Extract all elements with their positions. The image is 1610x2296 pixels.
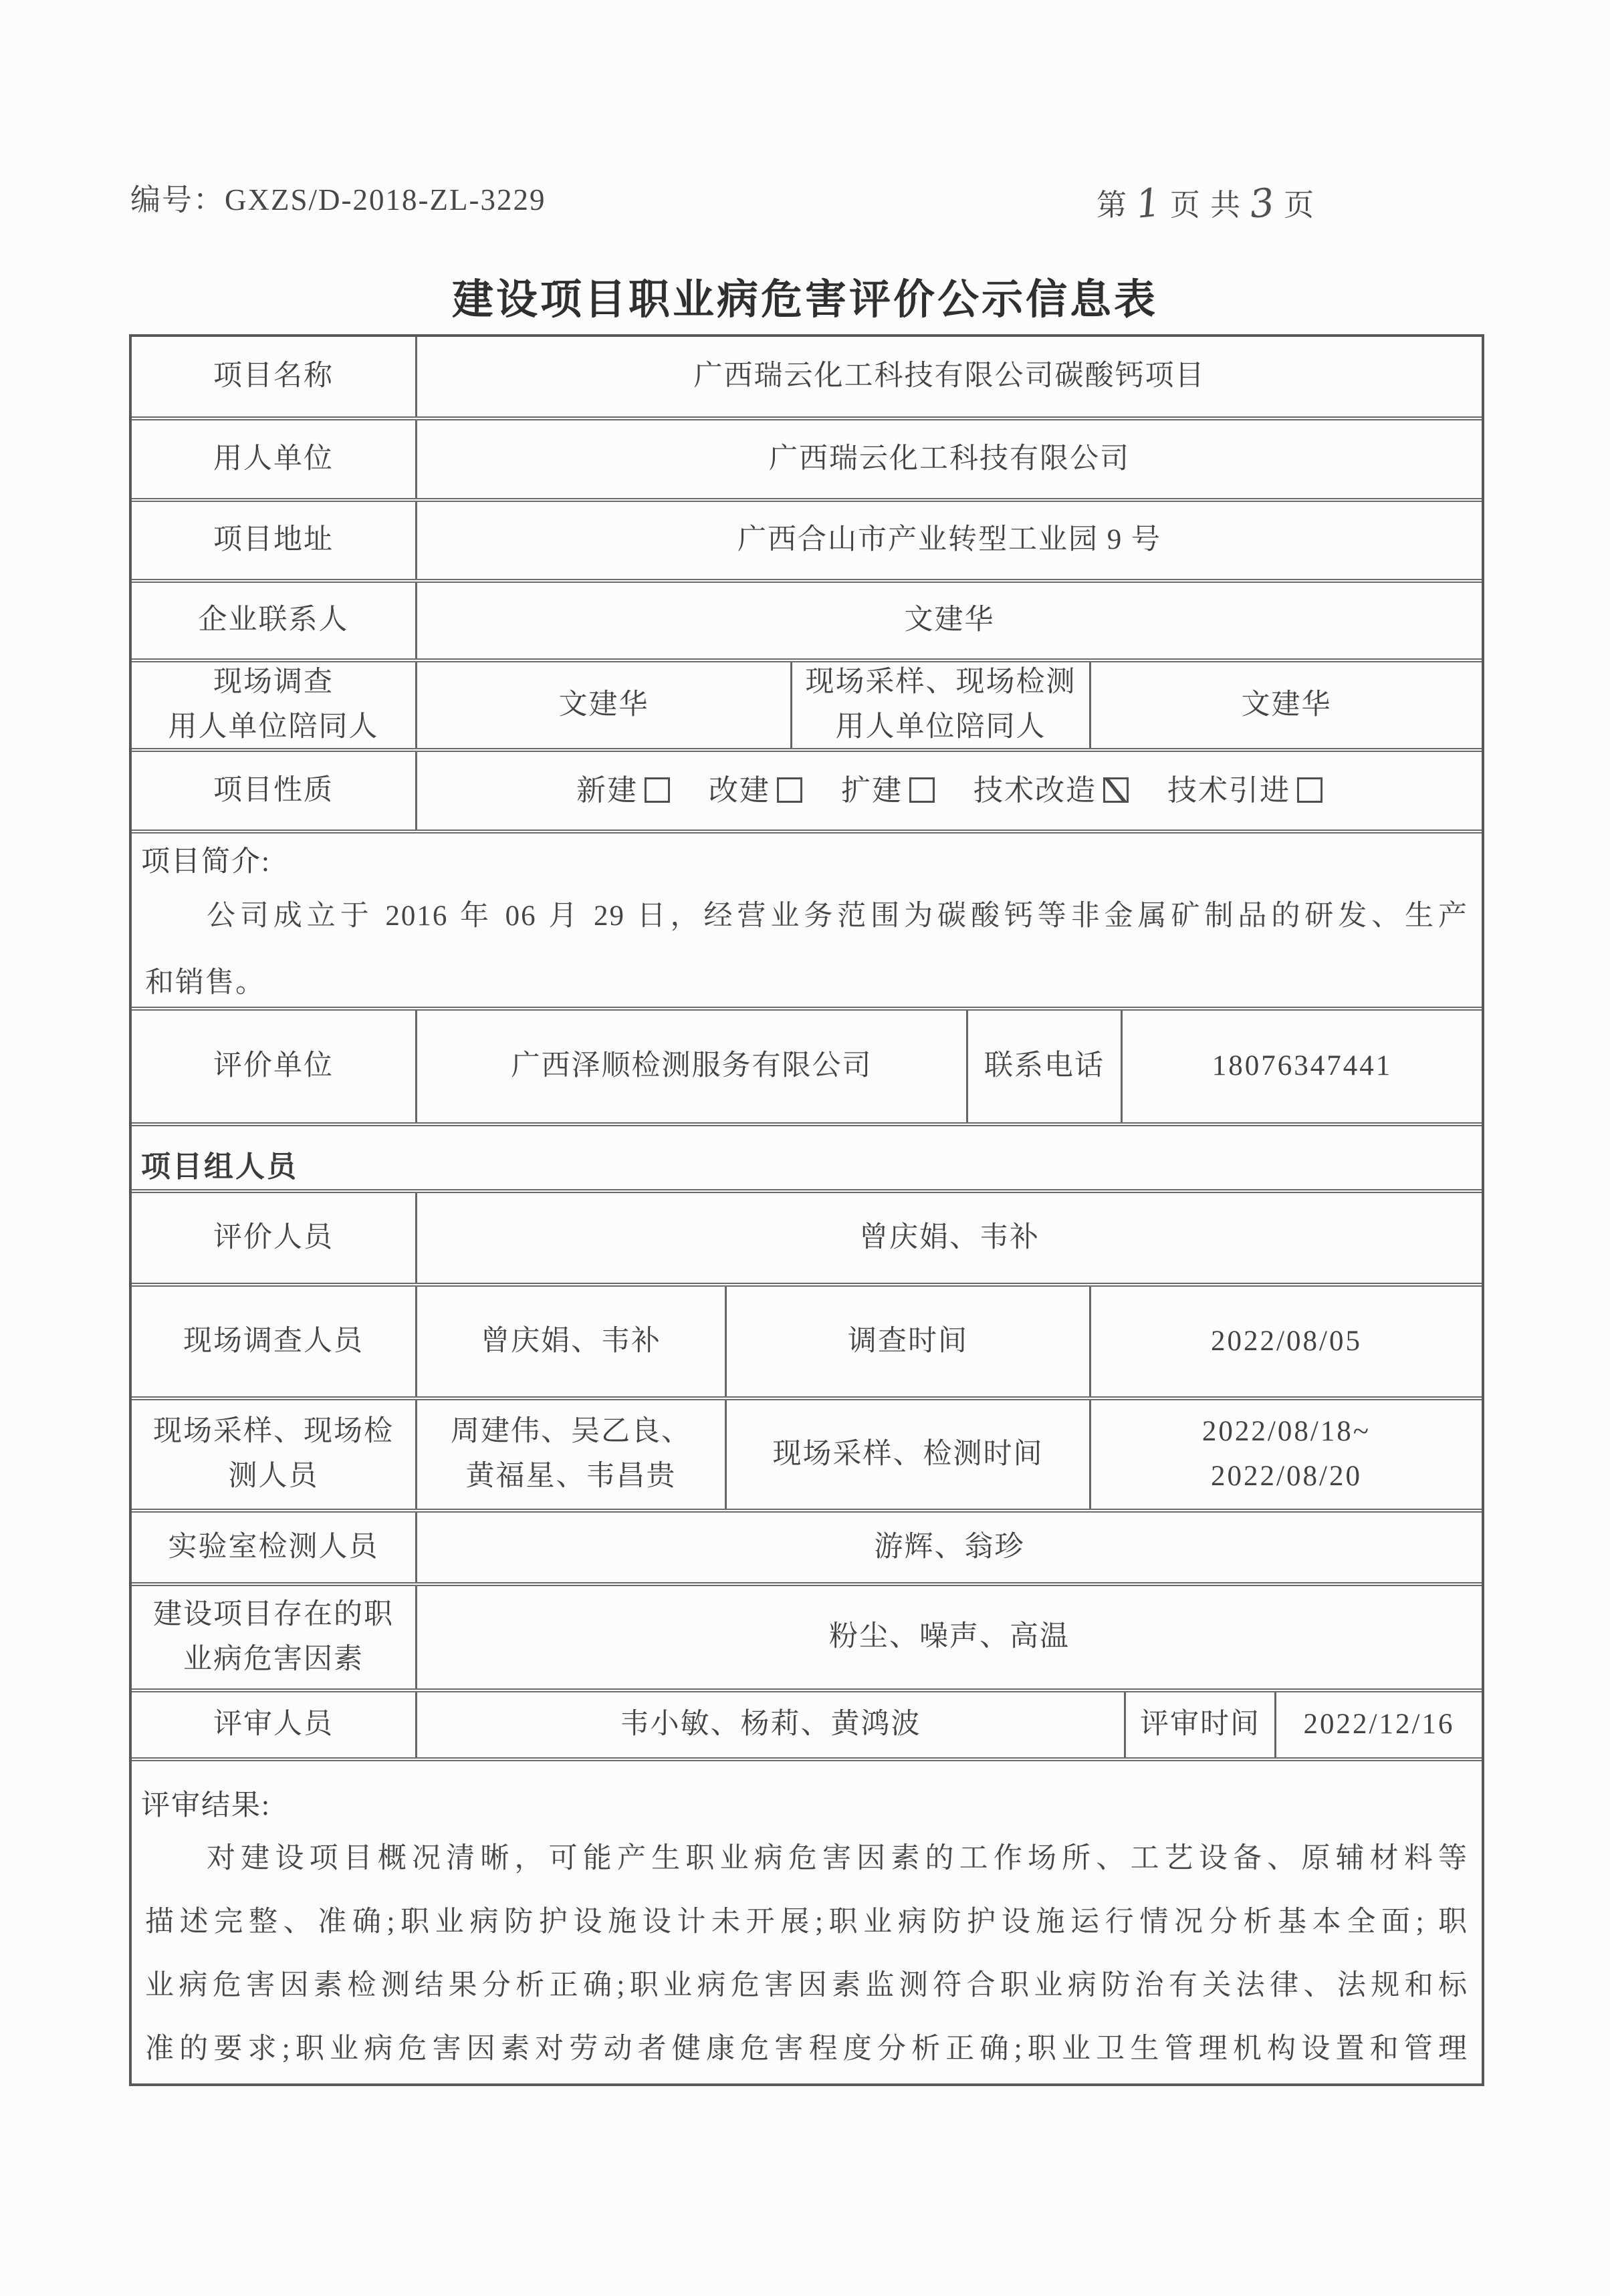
table-row-review-result: 评审结果: 对建设项目概况清晰，可能产生职业病危害因素的工作场所、工艺设备、原辅… — [132, 1757, 1482, 2083]
table-row-evaluators: 评价人员 曾庆娟、韦补 — [132, 1189, 1482, 1283]
table-row-escorts: 现场调查 用人单位陪同人 文建华 现场采样、现场检测 用人单位陪同人 文建华 — [132, 658, 1482, 748]
evaluators-label: 评价人员 — [132, 1193, 415, 1283]
info-table: 项目名称 广西瑞云化工科技有限公司碳酸钙项目 用人单位 广西瑞云化工科技有限公司… — [129, 334, 1484, 2086]
review-time-value: 2022/12/16 — [1274, 1692, 1482, 1757]
project-nature-options: 新建 改建 扩建 技术改造 技术引进 — [415, 752, 1482, 830]
project-name-label: 项目名称 — [132, 337, 415, 416]
company-contact-value: 文建华 — [415, 583, 1482, 658]
project-address-value: 广西合山市产业转型工业园 9 号 — [415, 502, 1482, 579]
reviewers-label: 评审人员 — [132, 1692, 415, 1757]
review-result-line4: 准的要求;职业病危害因素对劳动者健康危害程度分析正确;职业卫生管理机构设置和管理 — [141, 2017, 1472, 2081]
option-new-label: 新建 — [576, 774, 638, 807]
table-row-project-address: 项目地址 广西合山市产业转型工业园 9 号 — [132, 498, 1482, 579]
checkbox-expansion-unchecked — [909, 777, 935, 803]
survey-time-value: 2022/08/05 — [1089, 1287, 1482, 1396]
checkbox-tech-upgrade-checked — [1103, 777, 1129, 803]
lab-value: 游辉、翁珍 — [415, 1513, 1482, 1582]
sampling-label-line2: 测人员 — [229, 1454, 319, 1499]
checkbox-new-unchecked — [645, 777, 670, 803]
employer-value: 广西瑞云化工科技有限公司 — [415, 420, 1482, 498]
review-time-label: 评审时间 — [1124, 1692, 1274, 1757]
hazards-label-line1: 建设项目存在的职 — [153, 1593, 394, 1638]
option-reconstruction-label: 改建 — [709, 774, 770, 807]
sampling-personnel-line2: 黄福星、韦昌贵 — [466, 1454, 677, 1499]
checkbox-tech-import-unchecked — [1297, 777, 1322, 803]
sampling-time-line1: 2022/08/18~ — [1202, 1410, 1371, 1454]
sampling-escort-value: 文建华 — [1089, 662, 1482, 748]
review-result-line1: 对建设项目概况清晰，可能产生职业病危害因素的工作场所、工艺设备、原辅材料等 — [141, 1827, 1472, 1890]
page-prefix: 第 — [1097, 188, 1128, 222]
evaluation-org-value: 广西泽顺检测服务有限公司 — [415, 1011, 966, 1122]
project-nature-label: 项目性质 — [132, 752, 415, 830]
evaluation-org-label: 评价单位 — [132, 1011, 415, 1122]
table-row-team-header: 项目组人员 — [132, 1122, 1482, 1189]
scanned-form-page: 编号：GXZS/D-2018-ZL-3229 第1页 共3页 建设项目职业病危害… — [0, 0, 1610, 2296]
option-tech-import: 技术引进 — [1167, 769, 1322, 813]
sampling-label-line1: 现场采样、现场检 — [153, 1410, 394, 1454]
page-indicator: 第1页 共3页 — [1097, 179, 1315, 225]
hazards-label: 建设项目存在的职 业病危害因素 — [132, 1586, 415, 1688]
page-middle: 页 共 — [1170, 188, 1242, 222]
project-intro-label: 项目简介: — [141, 842, 1472, 883]
option-tech-upgrade-label: 技术改造 — [973, 774, 1097, 807]
option-tech-import-label: 技术引进 — [1167, 774, 1290, 807]
phone-value: 18076347441 — [1121, 1011, 1482, 1122]
table-row-sampling: 现场采样、现场检 测人员 周建伟、吴乙良、 黄福星、韦昌贵 现场采样、检测时间 … — [132, 1396, 1482, 1509]
phone-label: 联系电话 — [966, 1011, 1121, 1122]
page-title: 建设项目职业病危害评价公示信息表 — [0, 266, 1610, 326]
sampling-time-value: 2022/08/18~ 2022/08/20 — [1089, 1400, 1482, 1509]
project-intro-line1: 公司成立于 2016 年 06 月 29 日，经营业务范围为碳酸钙等非金属矿制品… — [141, 883, 1472, 950]
option-reconstruction: 改建 — [709, 769, 802, 813]
hazards-label-line2: 业病危害因素 — [183, 1638, 364, 1682]
sampling-label: 现场采样、现场检 测人员 — [132, 1400, 415, 1509]
option-expansion-label: 扩建 — [841, 774, 903, 807]
review-result-label: 评审结果: — [141, 1785, 1472, 1827]
page-suffix: 页 — [1284, 188, 1315, 222]
sampling-escort-label-line1: 现场采样、现场检测 — [806, 660, 1076, 705]
evaluators-value: 曾庆娟、韦补 — [415, 1193, 1482, 1283]
table-row-lab: 实验室检测人员 游辉、翁珍 — [132, 1509, 1482, 1582]
sampling-personnel-value: 周建伟、吴乙良、 黄福星、韦昌贵 — [415, 1400, 725, 1509]
survey-time-label: 调查时间 — [725, 1287, 1089, 1396]
escort-label-line2: 用人单位陪同人 — [168, 705, 379, 750]
site-survey-label: 现场调查人员 — [132, 1287, 415, 1396]
employer-label: 用人单位 — [132, 420, 415, 498]
table-row-reviewers: 评审人员 韦小敏、杨莉、黄鸿波 评审时间 2022/12/16 — [132, 1688, 1482, 1757]
option-new-construction: 新建 — [576, 769, 670, 813]
table-row-employer: 用人单位 广西瑞云化工科技有限公司 — [132, 416, 1482, 498]
site-survey-escort-value: 文建华 — [415, 662, 790, 748]
table-row-site-survey: 现场调查人员 曾庆娟、韦补 调查时间 2022/08/05 — [132, 1283, 1482, 1396]
total-pages-handwritten: 3 — [1248, 179, 1278, 227]
team-header-label: 项目组人员 — [132, 1126, 1482, 1189]
lab-label: 实验室检测人员 — [132, 1513, 415, 1582]
doc-number: 编号：GXZS/D-2018-ZL-3229 — [130, 175, 546, 219]
table-row-evaluation-org: 评价单位 广西泽顺检测服务有限公司 联系电话 18076347441 — [132, 1007, 1482, 1122]
table-row-project-intro: 项目简介: 公司成立于 2016 年 06 月 29 日，经营业务范围为碳酸钙等… — [132, 830, 1482, 1007]
sampling-escort-label-line2: 用人单位陪同人 — [836, 705, 1046, 750]
site-survey-escort-label: 现场调查 用人单位陪同人 — [132, 662, 415, 748]
sampling-escort-label: 现场采样、现场检测 用人单位陪同人 — [790, 662, 1089, 748]
checkbox-reconstruction-unchecked — [777, 777, 802, 803]
project-intro-section: 项目简介: 公司成立于 2016 年 06 月 29 日，经营业务范围为碳酸钙等… — [132, 834, 1482, 1007]
review-result-line3: 业病危害因素检测结果分析正确;职业病危害因素监测符合职业病防治有关法律、法规和标 — [141, 1954, 1472, 2017]
project-address-label: 项目地址 — [132, 502, 415, 579]
review-result-line2: 描述完整、准确;职业病防护设施设计未开展;职业病防护设施运行情况分析基本全面; … — [141, 1890, 1472, 1954]
table-row-company-contact: 企业联系人 文建华 — [132, 579, 1482, 658]
escort-label-line1: 现场调查 — [213, 660, 334, 705]
table-row-project-nature: 项目性质 新建 改建 扩建 技术改造 技术引进 — [132, 748, 1482, 830]
company-contact-label: 企业联系人 — [132, 583, 415, 658]
table-row-hazards: 建设项目存在的职 业病危害因素 粉尘、噪声、高温 — [132, 1582, 1482, 1688]
review-result-section: 评审结果: 对建设项目概况清晰，可能产生职业病危害因素的工作场所、工艺设备、原辅… — [132, 1761, 1482, 2083]
project-name-value: 广西瑞云化工科技有限公司碳酸钙项目 — [415, 337, 1482, 416]
current-page-number-handwritten: 1 — [1134, 179, 1165, 227]
reviewers-value: 韦小敏、杨莉、黄鸿波 — [415, 1692, 1124, 1757]
sampling-personnel-line1: 周建伟、吴乙良、 — [451, 1410, 691, 1454]
option-expansion: 扩建 — [841, 769, 935, 813]
table-row-project-name: 项目名称 广西瑞云化工科技有限公司碳酸钙项目 — [132, 337, 1482, 416]
project-intro-line2: 和销售。 — [141, 950, 1472, 1017]
sampling-time-line2: 2022/08/20 — [1211, 1454, 1362, 1499]
site-survey-value: 曾庆娟、韦补 — [415, 1287, 725, 1396]
hazards-value: 粉尘、噪声、高温 — [415, 1586, 1482, 1688]
sampling-time-label: 现场采样、检测时间 — [725, 1400, 1089, 1509]
option-tech-upgrade: 技术改造 — [973, 769, 1129, 813]
